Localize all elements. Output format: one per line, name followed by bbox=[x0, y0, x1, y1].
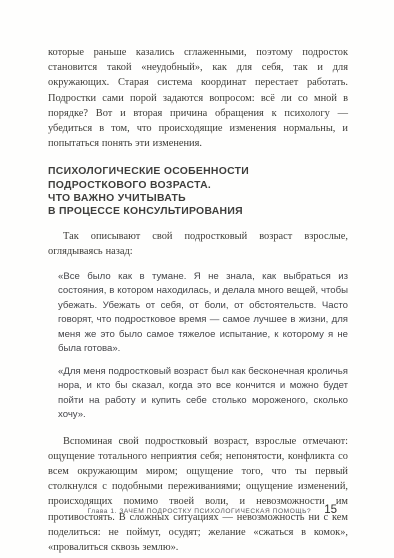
page-content: которые раньше казались сглаженными, поэ… bbox=[48, 45, 348, 555]
quote-1: «Все было как в тумане. Я не знала, как … bbox=[58, 270, 348, 357]
running-head: Глава 1. ЗАЧЕМ ПОДРОСТКУ ПСИХОЛОГИЧЕСКАЯ… bbox=[87, 508, 311, 515]
paragraph-continuation: которые раньше казались сглаженными, поэ… bbox=[48, 45, 348, 151]
section-heading: ПСИХОЛОГИЧЕСКИЕ ОСОБЕННОСТИ ПОДРОСТКОВОГ… bbox=[48, 165, 348, 218]
page-number: 15 bbox=[324, 504, 337, 516]
intro-paragraph: Так описывают свой подростковый возраст … bbox=[48, 229, 348, 259]
quote-2: «Для меня подростковый возраст был как б… bbox=[58, 365, 348, 423]
book-page: которые раньше казались сглаженными, поэ… bbox=[0, 0, 394, 558]
closing-paragraph: Вспоминая свой подростковый возраст, взр… bbox=[48, 434, 348, 556]
page-footer: Глава 1. ЗАЧЕМ ПОДРОСТКУ ПСИХОЛОГИЧЕСКАЯ… bbox=[87, 504, 337, 516]
